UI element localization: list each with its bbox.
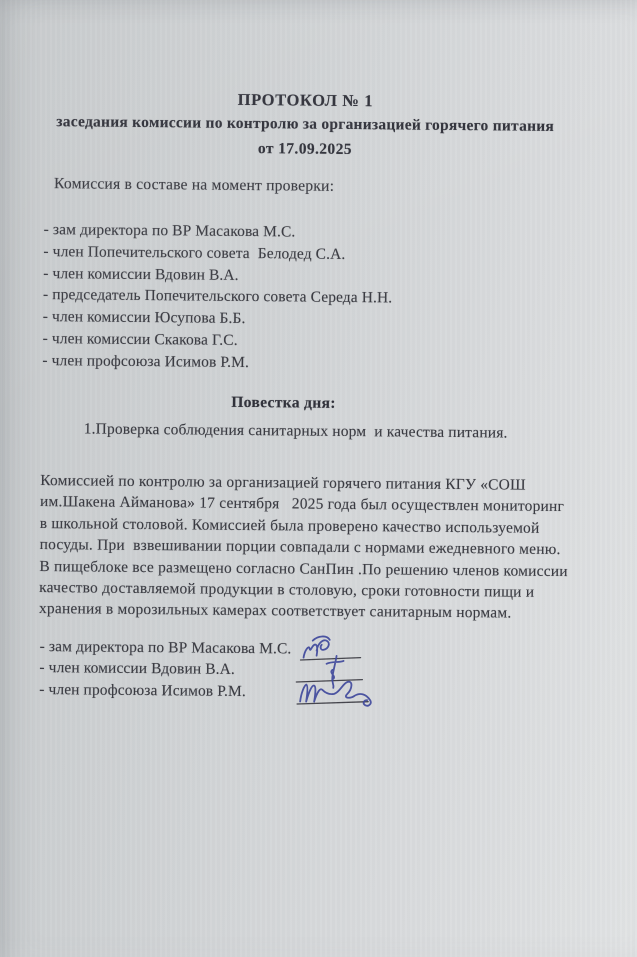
member-item: - зам директора по ВР Масакова М.С.: [44, 219, 394, 244]
signature-ink-masakova: [304, 636, 330, 658]
commission-intro: Комиссия в составе на момент проверки:: [54, 175, 334, 196]
signature-line: [301, 657, 361, 661]
document-title: ПРОТОКОЛ № 1: [0, 87, 624, 113]
document-page: ПРОТОКОЛ № 1 заседания комиссии по контр…: [0, 0, 637, 957]
member-item: - член комиссии Скакова Г.С.: [43, 328, 393, 353]
document-subtitle: заседания комиссии по контролю за органи…: [0, 112, 624, 136]
signatory-item: - член комиссии Вдовин В.А.: [39, 657, 291, 681]
member-item: - член Попечительского совета Белодед С.…: [43, 241, 393, 266]
handwritten-signatures: [286, 631, 403, 716]
signature-line: [297, 701, 368, 705]
signatories-list: - зам директора по ВР Масакова М.С. - чл…: [39, 636, 291, 703]
agenda-item: 1.Проверка соблюдения санитарных норм и …: [84, 420, 508, 442]
signatory-item: - зам директора по ВР Масакова М.С.: [40, 636, 292, 660]
commission-members-list: - зам директора по ВР Масакова М.С. - чл…: [42, 219, 393, 375]
agenda-heading: Повестка дня:: [0, 391, 602, 415]
signature-ink-vdovin: [326, 656, 343, 688]
signatory-item: - член профсоюза Исимов Р.М.: [39, 679, 291, 703]
protocol-document: ПРОТОКОЛ № 1 заседания комиссии по контр…: [0, 0, 637, 957]
body-line: хранения в морозильных камерах соответст…: [39, 598, 568, 624]
document-date: от 17.09.2025: [0, 137, 624, 161]
member-item: - член профсоюза Исимов Р.М.: [42, 350, 392, 375]
body-paragraph: Комиссией по контролю за организацией го…: [39, 470, 569, 625]
signature-line: [296, 679, 362, 683]
